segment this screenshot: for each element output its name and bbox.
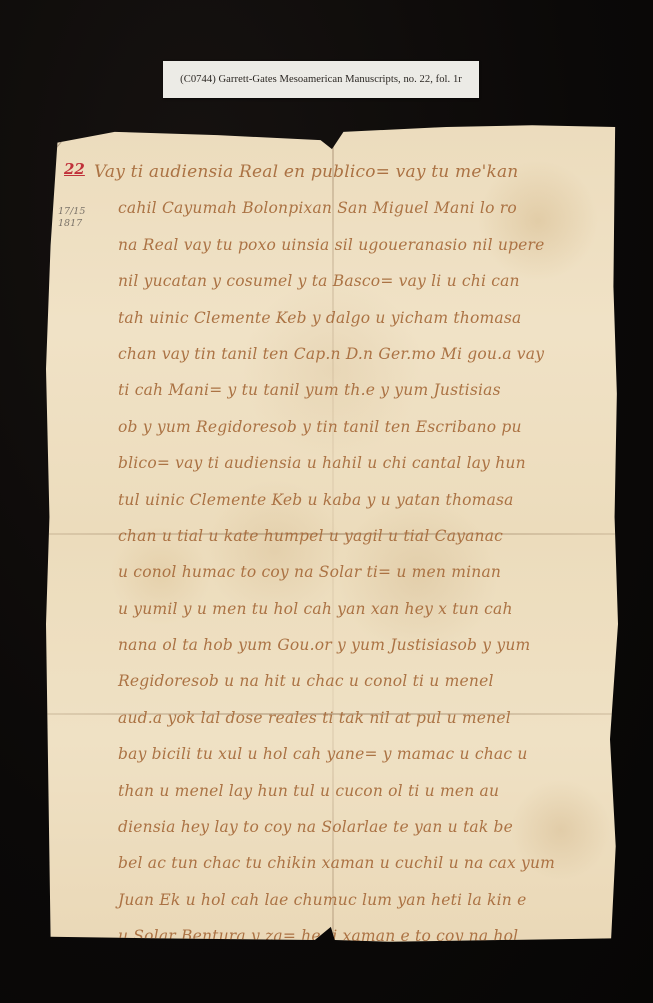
manuscript-line: Vay ti audiensia Real en publico= vay tu… — [70, 154, 610, 190]
manuscript-leaf: 22 22 17/15 1817 Vay ti audiensia Real e… — [46, 122, 618, 945]
manuscript-line: u yumil y u men tu hol cah yan xan hey x… — [70, 591, 610, 627]
manuscript-line: tul uinic Clemente Keb u kaba y u yatan … — [70, 482, 610, 518]
manuscript-line: Regidoresob u na hit u chac u conol ti u… — [70, 663, 610, 699]
manuscript-line: diensia hey lay to coy na Solarlae te ya… — [70, 809, 610, 845]
manuscript-line: cahil Cayumah Bolonpixan San Miguel Mani… — [70, 190, 610, 226]
manuscript-line: blico= vay ti audiensia u hahil u chi ca… — [70, 445, 610, 481]
manuscript-line: aud.a yok lal dose reales ti tak nil at … — [70, 700, 610, 736]
manuscript-line: nil yucatan y cosumel y ta Basco= vay li… — [70, 263, 610, 299]
catalog-label: (C0744) Garrett-Gates Mesoamerican Manus… — [163, 61, 479, 98]
pencil-folio-number: 22 — [68, 125, 85, 141]
manuscript-line: u Solar Bentura y za= he ti xaman e to c… — [70, 918, 610, 954]
manuscript-line: u conol humac to coy na Solar ti= u men … — [70, 554, 610, 590]
manuscript-line: bel ac tun chac tu chikin xaman u cuchil… — [70, 845, 610, 881]
manuscript-line: cah he ti chikin e u Solar Lunardo Cumi … — [70, 955, 610, 991]
manuscript-line: chan u tial u kate humpel u yagil u tial… — [70, 518, 610, 554]
manuscript-line: than u menel lay hun tul u cucon ol ti u… — [70, 773, 610, 809]
catalog-label-text: (C0744) Garrett-Gates Mesoamerican Manus… — [180, 74, 462, 85]
manuscript-line: Juan Ek u hol cah lae chumuc lum yan het… — [70, 882, 610, 918]
manuscript-line: ob y yum Regidoresob y tin tanil ten Esc… — [70, 409, 610, 445]
manuscript-line: bay bicili tu xul u hol cah yane= y mama… — [70, 736, 610, 772]
manuscript-line: tah uinic Clemente Keb y dalgo u yicham … — [70, 300, 610, 336]
manuscript-line: ti cah Mani= y tu tanil yum th.e y yum J… — [70, 372, 610, 408]
manuscript-line: na Real vay tu poxo uinsia sil ugouerana… — [70, 227, 610, 263]
manuscript-body: Vay ti audiensia Real en publico= vay tu… — [70, 154, 610, 991]
manuscript-line: chan vay tin tanil ten Cap.n D.n Ger.mo … — [70, 336, 610, 372]
manuscript-line: nana ol ta hob yum Gou.or y yum Justisia… — [70, 627, 610, 663]
